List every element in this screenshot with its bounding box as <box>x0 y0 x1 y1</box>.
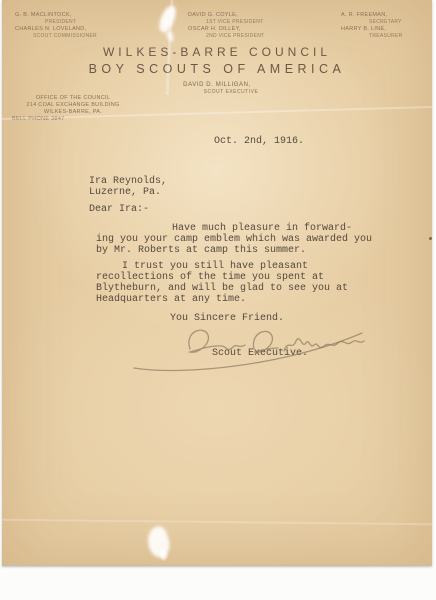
body-paragraph1-line3: by Mr. Roberts at camp this summer. <box>96 245 306 256</box>
body-paragraph2-line2: recollections of the time you spent at <box>96 272 324 283</box>
officer-title: 1ST VICE PRESIDENT <box>206 19 264 25</box>
officer-secretary: A. R. FREEMAN, SECRETARY <box>341 12 402 25</box>
body-paragraph1-line2: ing you your camp emblem which was award… <box>96 234 372 245</box>
ink-speck <box>429 237 432 240</box>
body-paragraph2-line4: Headquarters at any time. <box>96 294 246 305</box>
officer-title: PRESIDENT <box>45 19 76 25</box>
signer-title: Scout Executive. <box>212 348 308 359</box>
salutation: Dear Ira:- <box>89 204 149 215</box>
officer-name: OSCAR H. DILLEY, <box>188 26 264 32</box>
officer-title: SCOUT COMMISSIONER <box>33 33 97 39</box>
officer-title: 2ND VICE PRESIDENT <box>206 33 264 39</box>
executive-name: DAVID D. MILLIGAN, <box>2 82 432 88</box>
organization-heading: BOY SCOUTS OF AMERICA <box>2 62 432 76</box>
officer-name: CHARLES N. LOVELAND, <box>15 26 97 32</box>
paper-tear-mark-bottom-tail <box>160 550 167 560</box>
officer-name: DAVID G. COYLE, <box>188 12 264 18</box>
recipient-city: Luzerne, Pa. <box>89 187 161 198</box>
letter-date: Oct. 2nd, 1916. <box>214 136 304 147</box>
office-line: OFFICE OF THE COUNCIL <box>12 95 134 102</box>
closing-line: You Sincere Friend. <box>170 313 284 324</box>
officer-title: SECRETARY <box>369 19 402 25</box>
officer-first-vice-president: DAVID G. COYLE, 1ST VICE PRESIDENT <box>188 12 264 25</box>
body-paragraph2-line3: Blytheburn, and will be glad to see you … <box>96 283 348 294</box>
officer-name: A. R. FREEMAN, <box>341 12 402 18</box>
officer-name: G. B. MACLINTOCK, <box>15 12 76 18</box>
office-line: 214 COAL EXCHANGE BUILDING <box>12 102 134 109</box>
paper-tear-mark-top-tail <box>165 29 175 42</box>
letter-paper: G. B. MACLINTOCK, PRESIDENT CHARLES N. L… <box>2 0 432 566</box>
council-name-heading: WILKES-BARRE COUNCIL <box>2 45 432 59</box>
officer-second-vice-president: OSCAR H. DILLEY, 2ND VICE PRESIDENT <box>188 26 264 39</box>
officer-title: TREASURER <box>369 33 403 39</box>
recipient-name: Ira Reynolds, <box>89 176 167 187</box>
body-paragraph1-line1: Have much pleasure in forward- <box>172 223 352 234</box>
officer-name: HARRY B. LINE, <box>341 26 403 32</box>
officer-treasurer: HARRY B. LINE, TREASURER <box>341 26 403 39</box>
fold-crease-lower <box>2 519 432 526</box>
scanned-letter-page: G. B. MACLINTOCK, PRESIDENT CHARLES N. L… <box>0 0 436 600</box>
officer-scout-commissioner: CHARLES N. LOVELAND, SCOUT COMMISSIONER <box>15 26 97 39</box>
officer-president: G. B. MACLINTOCK, PRESIDENT <box>15 12 76 25</box>
body-paragraph2-line1: I trust you still have pleasant <box>122 261 308 272</box>
paper-tear-mark-bottom <box>144 524 173 559</box>
